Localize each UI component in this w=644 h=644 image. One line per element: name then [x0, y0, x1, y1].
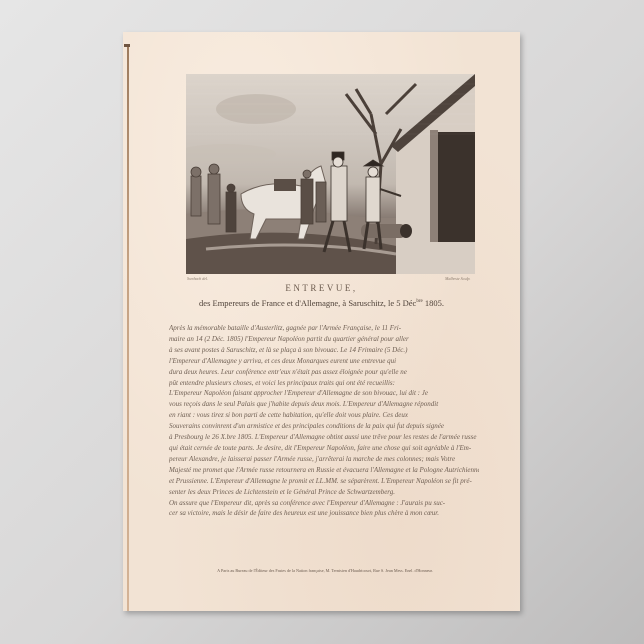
artist-credit-right: Malbeste Sculp.	[445, 276, 471, 281]
text-line: dura deux heures. Leur conférence entr'e…	[169, 367, 479, 378]
text-line: Souverains convinrent d'un armistice et …	[169, 421, 479, 432]
engraving-illustration	[186, 74, 475, 274]
print-subtitle: des Empereurs de France et d'Allemagne, …	[123, 298, 520, 308]
plate-mark-line	[127, 44, 129, 611]
text-line: à Presbourg le 26 X.bre 1805. L'Empereur…	[169, 432, 479, 443]
text-line: cer sa victoire, mais le désir de faire …	[169, 508, 479, 519]
text-line: pût entendre plusieurs choses, et voici …	[169, 378, 479, 389]
subtitle-year: 1805.	[423, 298, 444, 308]
poster-print: Swebach del. Malbeste Sculp. ENTREVUE, d…	[123, 32, 520, 611]
text-line: qui était cernée de toute parts. Je desi…	[169, 443, 479, 454]
text-line: senter les deux Princes de Lichtenstein …	[169, 487, 479, 498]
engraving-scene	[186, 74, 475, 274]
text-line: l'Empereur d'Allemagne y arriva, et ces …	[169, 356, 479, 367]
text-line: maire an 14 (2 Déc. 1805) l'Empereur Nap…	[169, 334, 479, 345]
text-line: et Prussienne. L'Empereur d'Allemagne le…	[169, 476, 479, 487]
text-line: à ses avant postes à Saruschitz, et là s…	[169, 345, 479, 356]
text-line: en riant : vous tirez si bon parti de ce…	[169, 410, 479, 421]
text-line: On assure que l'Empereur dit, après sa c…	[169, 498, 479, 509]
publisher-imprint: A Paris au Bureau de l'Éditeur des Faste…	[170, 568, 480, 573]
text-line: pereur Alexandre, je laisserai passer l'…	[169, 454, 479, 465]
plate-mark-tick	[124, 44, 130, 47]
subtitle-text: des Empereurs de France et d'Allemagne, …	[199, 298, 416, 308]
print-title: ENTREVUE,	[123, 283, 520, 293]
text-line: vous reçois dans le seul Palais que j'ha…	[169, 399, 479, 410]
narrative-text: Après la mémorable bataille d'Austerlitz…	[169, 323, 479, 519]
text-line: Majesté me promet que l'Armée russe reto…	[169, 465, 479, 476]
text-line: Après la mémorable bataille d'Austerlitz…	[169, 323, 479, 334]
artist-credit-left: Swebach del.	[187, 276, 208, 281]
text-line: L'Empereur Napoléon faisant approcher l'…	[169, 388, 479, 399]
